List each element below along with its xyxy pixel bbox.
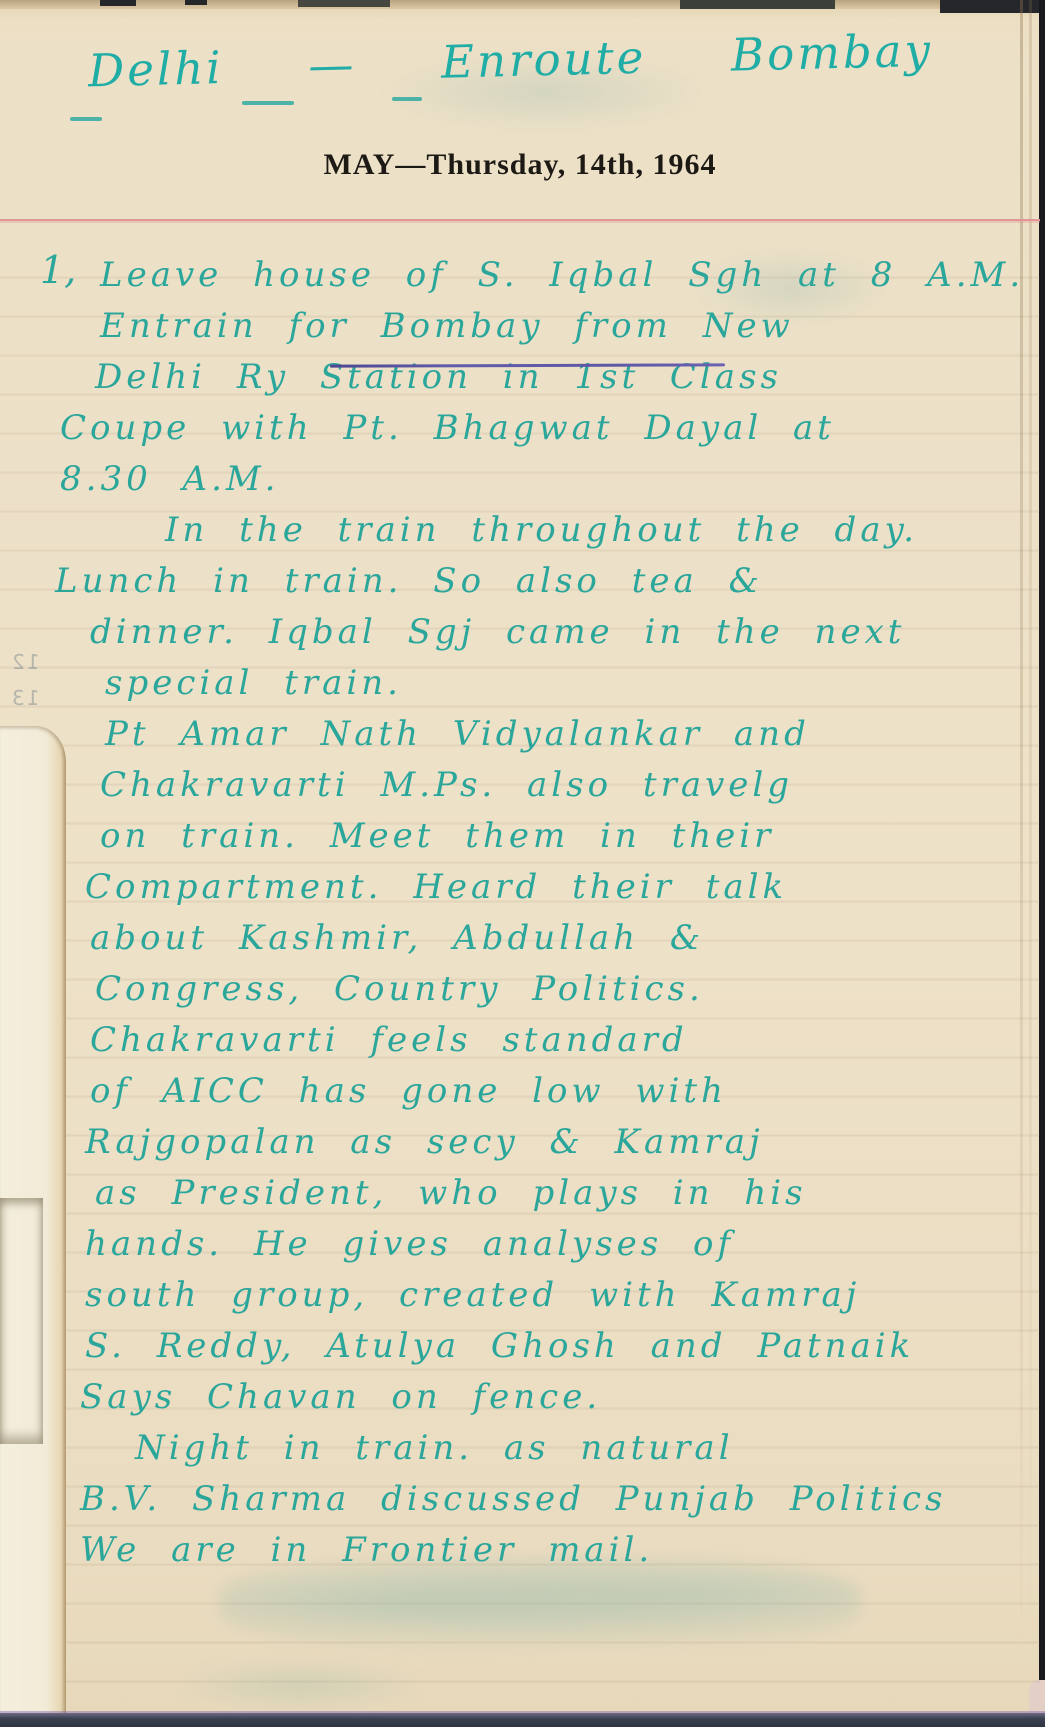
handwritten-line: Says Chavan on fence.	[80, 1372, 1015, 1423]
scan-background-artifact	[680, 0, 835, 9]
handwritten-body: Leave house of S. Iqbal Sgh at 8 A.M. En…	[55, 250, 1015, 1576]
handwritten-line: dinner. Iqbal Sgj came in the next	[90, 607, 1015, 658]
handwritten-line: special train.	[105, 658, 1015, 709]
handwritten-line: south group, created with Kamraj	[85, 1270, 1015, 1321]
handwritten-line: 8.30 A.M.	[60, 454, 1015, 505]
scan-background-right-edge	[1039, 0, 1045, 1692]
handwritten-line: Rajgopalan as secy & Kamraj	[85, 1117, 1015, 1168]
tape-stain	[0, 1198, 43, 1444]
handwritten-line: Delhi Ry Station in 1st Class	[95, 352, 1015, 403]
handwritten-line: In the train throughout the day.	[165, 505, 1015, 556]
handwritten-line: Pt Amar Nath Vidyalankar and	[105, 709, 1015, 760]
handwritten-line: We are in Frontier mail.	[80, 1525, 1015, 1576]
route-to: Bombay	[730, 24, 933, 82]
handwritten-line: as President, who plays in his	[95, 1168, 1015, 1219]
scan-background-artifact	[298, 0, 390, 7]
paper-top-edge	[0, 0, 1045, 9]
handwritten-line: Congress, Country Politics.	[95, 964, 1015, 1015]
handwritten-line: about Kashmir, Abdullah &	[90, 913, 1015, 964]
handwritten-line: Lunch in train. So also tea &	[55, 556, 1015, 607]
printed-date-header: MAY—Thursday, 14th, 1964	[0, 148, 1040, 182]
handwritten-line: Compartment. Heard their talk	[85, 862, 1015, 913]
route-dash: —	[308, 38, 357, 92]
handwritten-line: B.V. Sharma discussed Punjab Politics	[80, 1474, 1015, 1525]
scan-background-artifact	[185, 0, 207, 5]
scan-background-bottom-edge	[0, 1713, 1045, 1727]
page-crease	[1029, 0, 1032, 1690]
handwritten-line: Chakravarti M.Ps. also travelg	[100, 760, 1015, 811]
title-underline-mark	[392, 97, 422, 101]
scan-background-artifact	[100, 0, 136, 6]
handwritten-line: Night in train. as natural	[135, 1423, 1015, 1474]
title-underline-mark	[70, 117, 102, 121]
diary-page-scan: 12 13 Delhi — Enroute Bombay MAY—Thursda…	[0, 0, 1045, 1727]
handwritten-line: S. Reddy, Atulya Ghosh and Patnaik	[85, 1321, 1015, 1372]
route-via: Enroute	[441, 31, 647, 89]
header-rule	[0, 219, 1040, 221]
handwritten-line: Coupe with Pt. Bhagwat Dayal at	[60, 403, 1015, 454]
handwritten-line: of AICC has gone low with	[90, 1066, 1015, 1117]
page-crease	[1020, 0, 1023, 1690]
route-from: Delhi	[87, 41, 224, 97]
title-underline-mark	[242, 101, 294, 105]
ghost-page-number: 12	[10, 650, 39, 674]
handwritten-line: on train. Meet them in their	[100, 811, 1015, 862]
handwritten-line: Entrain for Bombay from New	[100, 301, 1015, 352]
handwritten-line: Leave house of S. Iqbal Sgh at 8 A.M.	[100, 250, 1015, 301]
ghost-page-number: 13	[10, 686, 39, 710]
handwritten-line: Chakravarti feels standard	[90, 1015, 1015, 1066]
handwritten-line: hands. He gives analyses of	[85, 1219, 1015, 1270]
